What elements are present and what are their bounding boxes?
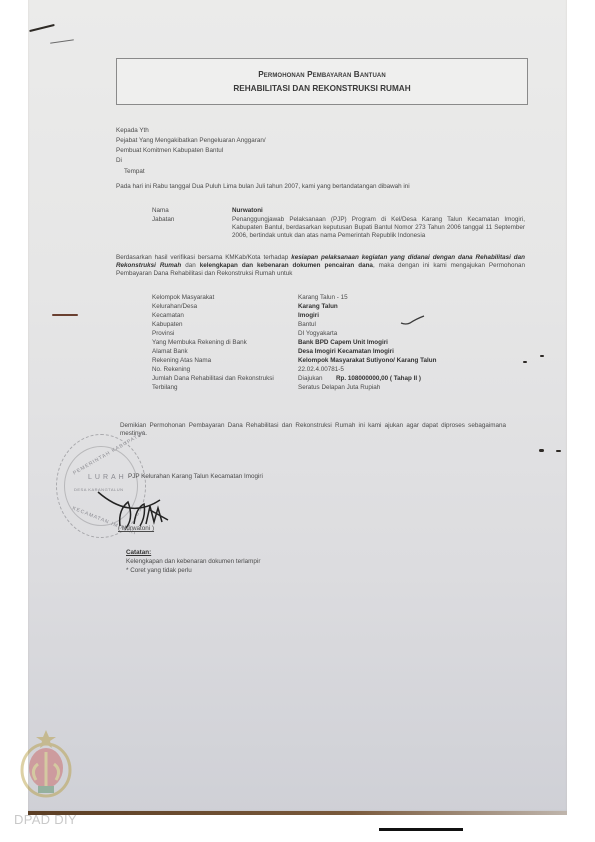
addressee-line: Pejabat Yang Mengakibatkan Pengeluaran A… [116,137,266,145]
document-subtitle: REHABILITASI DAN REKONSTRUKSI RUMAH [117,84,527,93]
document-title-box: Permohonan Pembayaran Bantuan REHABILITA… [116,58,528,105]
detail-row: Kelompok MasyarakatKarang Talun - 15 [152,294,348,303]
detail-row: Rekening Atas NamaKelompok Masyarakat Su… [152,357,436,366]
scale-bar [379,828,463,831]
detail-label: Kabupaten [152,321,298,330]
detail-value: Bank BPD Capem Unit Imogiri [298,339,388,348]
document-title: Permohonan Pembayaran Bantuan [117,70,527,79]
detail-value: Kelompok Masyarakat Sutiyono/ Karang Tal… [298,357,436,366]
name-value: Nurwatoni [232,207,263,215]
detail-row: TerbilangSeratus Delapan Juta Rupiah [152,384,380,393]
detail-label: Kelurahan/Desa [152,303,298,312]
detail-label: No. Rekening [152,366,298,375]
basis-text: Berdasarkan hasil verifikasi bersama KMK… [116,254,291,261]
handwritten-signature-icon [90,480,180,530]
name-label: Nama [152,207,169,215]
position-label: Jabatan [152,216,174,224]
detail-label: Terbilang [152,384,298,393]
addressee-line: Tempat [124,168,145,176]
detail-label: Alamat Bank [152,348,298,357]
pen-mark [540,355,544,357]
basis-emphasis: kelengkapan dan kebenaran dokumen pencai… [200,262,373,269]
opening-paragraph: Pada hari ini Rabu tanggal Dua Puluh Lim… [116,183,410,191]
detail-value: 22.02.4.00781-5 [298,366,344,375]
signer-name: ( Nurwatoni ) [118,525,154,533]
detail-label: Rekening Atas Nama [152,357,298,366]
notes-line: Kelengkapan dan kebenaran dokumen terlam… [126,558,260,566]
addressee-line: Kepada Yth [116,127,149,135]
detail-label: Kecamatan [152,312,298,321]
detail-row: Yang Membuka Rekening di BankBank BPD Ca… [152,339,388,348]
dpad-emblem-icon [16,730,76,802]
detail-value-prefix: Diajukan [298,375,336,384]
detail-value: Karang Talun - 15 [298,294,348,303]
detail-row: ProvinsiDI Yogyakarta [152,330,337,339]
addressee-line: Di [116,157,122,165]
notes-heading: Catatan: [126,549,151,557]
watermark-text: DPAD DIY [14,812,77,827]
checkmark-icon [400,314,426,326]
detail-row: Alamat BankDesa Imogiri Kecamatan Imogir… [152,348,394,357]
notes-line: * Coret yang tidak perlu [126,567,192,575]
detail-label: Jumlah Dana Rehabilitasi dan Rekonstruks… [152,375,298,384]
detail-value: Rp. 108000000,00 ( Tahap II ) [336,375,421,384]
pen-mark [52,314,78,316]
detail-value: Karang Talun [298,303,338,312]
detail-row: KecamatanImogiri [152,312,319,321]
addressee-line: Pembuat Komitmen Kabupaten Bantul [116,147,223,155]
basis-text: dan [181,262,199,269]
closing-paragraph: Demikian Permohonan Pembayaran Dana Reha… [120,422,506,438]
position-value: Penanggungjawab Pelaksanaan (PJP) Progra… [232,216,525,241]
detail-value: Seratus Delapan Juta Rupiah [298,384,380,393]
detail-value: Bantul [298,321,316,330]
detail-row: Kelurahan/DesaKarang Talun [152,303,338,312]
detail-value: DI Yogyakarta [298,330,337,339]
detail-row: KabupatenBantul [152,321,316,330]
detail-label: Kelompok Masyarakat [152,294,298,303]
pen-mark [539,449,544,452]
detail-label: Yang Membuka Rekening di Bank [152,339,298,348]
detail-value: Imogiri [298,312,319,321]
pen-mark [556,450,561,452]
pen-mark [523,361,527,363]
detail-value: Desa Imogiri Kecamatan Imogiri [298,348,394,357]
detail-row: No. Rekening22.02.4.00781-5 [152,366,344,375]
detail-row: Jumlah Dana Rehabilitasi dan Rekonstruks… [152,375,421,384]
detail-label: Provinsi [152,330,298,339]
scanned-document-page [28,0,567,815]
basis-paragraph: Berdasarkan hasil verifikasi bersama KMK… [116,254,525,279]
